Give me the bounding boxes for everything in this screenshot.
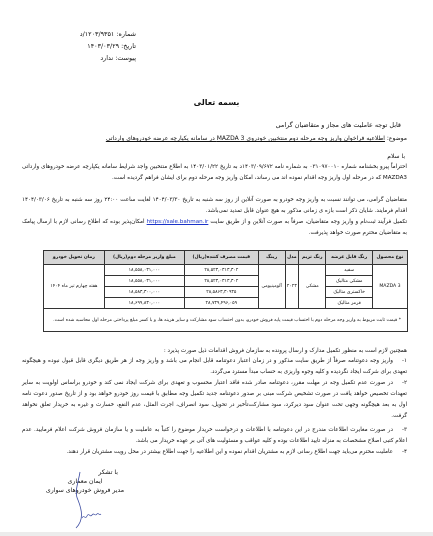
letter-date: تاریخ: ۱۴۰۳/۰۳/۲۹ xyxy=(60,40,136,52)
letter-number: شماره: ۱۲۰۳/۹۳۵۱/د xyxy=(60,28,136,40)
letter-attachment: پیوست: ندارد xyxy=(60,52,136,64)
date-value: ۱۴۰۳/۰۳/۲۹ xyxy=(87,42,119,50)
cell-price: ۲۸,۷۳۹,۴۹۶,۰۵۹ xyxy=(184,298,258,309)
item-text: عاملیت محترم می‌باید جهت اطلاع رسانی لاز… xyxy=(67,449,393,455)
letter-page: شماره: ۱۲۰۳/۹۳۵۱/د تاریخ: ۱۴۰۳/۰۳/۲۹ پیو… xyxy=(0,0,433,532)
cell-price: ۲۸,۵۸۶۳,۳۰۹۳۵ xyxy=(184,287,258,298)
cell-payment: ۱۸,۵۵۸,۰۳۱,۰۰۰ xyxy=(104,276,184,287)
handwritten-signature-icon xyxy=(68,470,118,532)
cell-price: ۲۸,۵۲۳,۰۳۱۳,۳۰۲ xyxy=(184,265,258,276)
item-text: در صورت مغایرت اطلاعات مندرج در این دعوت… xyxy=(22,427,407,444)
header-delivery: زمان تحویل خودرو xyxy=(44,251,105,265)
item-number: ۳- xyxy=(393,425,407,436)
cell-payment: ۱۸,۶۹۹,۸۳۰,۰۰۰ xyxy=(104,298,184,309)
header-color: رنگ قابل عرضه xyxy=(326,251,373,265)
subject-line: موضوع: اطلاعیه فراخوان واریز وجه مرحله د… xyxy=(27,134,407,144)
cell-color: خاکستری متالیک xyxy=(326,287,373,298)
cell-color: سفید xyxy=(326,265,373,276)
cell-price: ۲۸,۵۲۳,۰۳۱۳,۳۰۲ xyxy=(184,276,258,287)
requirement-item-3: ۳-در صورت مغایرت اطلاعات مندرج در این دع… xyxy=(22,425,407,447)
item-text: در صورت عدم تکمیل وجه در مهلت مقرر، دعوت… xyxy=(22,380,407,419)
number-label: شماره: xyxy=(116,30,136,38)
paragraph-2: متقاضیان گرامی، می توانند نسبت به واریز … xyxy=(22,195,407,217)
requirement-item-1: ۱-واریز وجه دعوتنامه صرفاً از طریق سایت … xyxy=(22,356,407,378)
attachment-value: ندارد xyxy=(100,54,113,62)
sale-site-link[interactable]: https://sale.bahman.ir xyxy=(147,219,209,225)
price-table: نوع محصول رنگ قابل عرضه رنگ تریم مدل رین… xyxy=(43,250,408,332)
cell-rim: آلومینیومی xyxy=(258,265,285,309)
attachment-label: پیوست: xyxy=(115,54,136,62)
item-number: ۲- xyxy=(393,378,407,389)
greeting: با سلام xyxy=(387,153,405,160)
item-number: ۱- xyxy=(393,356,407,367)
table-note-row: * قیمت ثابت مربوط به واریز وجه مرحله دوم… xyxy=(44,309,408,332)
subject-label: موضوع: xyxy=(387,135,407,142)
table-note: * قیمت ثابت مربوط به واریز وجه مرحله دوم… xyxy=(44,309,408,332)
addressee: قابل توجه عاملیت های مجاز و متقاضیان گرا… xyxy=(276,121,401,129)
cell-product: MAZDA 3 xyxy=(372,265,407,309)
date-label: تاریخ: xyxy=(121,42,136,50)
header-payment: مبلغ واریز مرحله دوم(ریال) xyxy=(104,251,184,265)
table-header-row: نوع محصول رنگ قابل عرضه رنگ تریم مدل رین… xyxy=(44,251,408,265)
item-number: ۴- xyxy=(393,447,407,458)
item-text: واریز وجه دعوتنامه صرفاً از طریق سایت مذ… xyxy=(22,358,407,375)
cell-model: ۲۰۲۳ xyxy=(285,265,299,309)
subject-text: اطلاعیه فراخوان واریز وجه مرحله دوم منتخ… xyxy=(106,135,385,142)
header-model: مدل xyxy=(285,251,299,265)
page-bottom-edge xyxy=(0,532,433,536)
cell-color: قرمز متالیک xyxy=(326,298,373,309)
header-trim: رنگ تریم xyxy=(299,251,326,265)
paragraph-3-start: تکمیل فرآیند ثبت‌نام و واریز وجه متقاضیا… xyxy=(210,219,407,225)
cell-payment: ۱۸,۵۵۸,۰۳۱,۰۰۰ xyxy=(104,265,184,276)
header-price: قیمت مصرف کننده(ریال) xyxy=(184,251,258,265)
cell-delivery: هفته چهارم تیر ماه ۱۴۰۴ xyxy=(44,265,105,309)
number-value: ۱۲۰۳/۹۳۵۱/د xyxy=(80,30,115,38)
header-rim: رینگ xyxy=(258,251,285,265)
cell-payment: ۱۸,۵۸۳,۳۰۰,۰۰۰ xyxy=(104,287,184,298)
requirement-item-4: ۴-عاملیت محترم می‌باید جهت اطلاع رسانی ل… xyxy=(22,447,407,458)
cell-color: مشکی متالیک xyxy=(326,276,373,287)
letter-meta: شماره: ۱۲۰۳/۹۳۵۱/د تاریخ: ۱۴۰۳/۰۳/۲۹ پیو… xyxy=(60,28,136,64)
table-row: MAZDA 3 سفید مشکی ۲۰۲۳ آلومینیومی ۲۸,۵۲۳… xyxy=(44,265,408,276)
requirement-item-2: ۲-در صورت عدم تکمیل وجه در مهلت مقرر، دع… xyxy=(22,378,407,422)
paragraph-1: احتراماً پیرو بخشنامه شماره ۰۳۱۰۹۷۰۰۱۰ ب… xyxy=(22,162,407,184)
header-product: نوع محصول xyxy=(372,251,407,265)
paragraph-3: تکمیل فرآیند ثبت‌نام و واریز وجه متقاضیا… xyxy=(22,217,407,239)
cell-trim: مشکی xyxy=(299,265,326,309)
heading: بسمه تعالی xyxy=(0,98,433,107)
